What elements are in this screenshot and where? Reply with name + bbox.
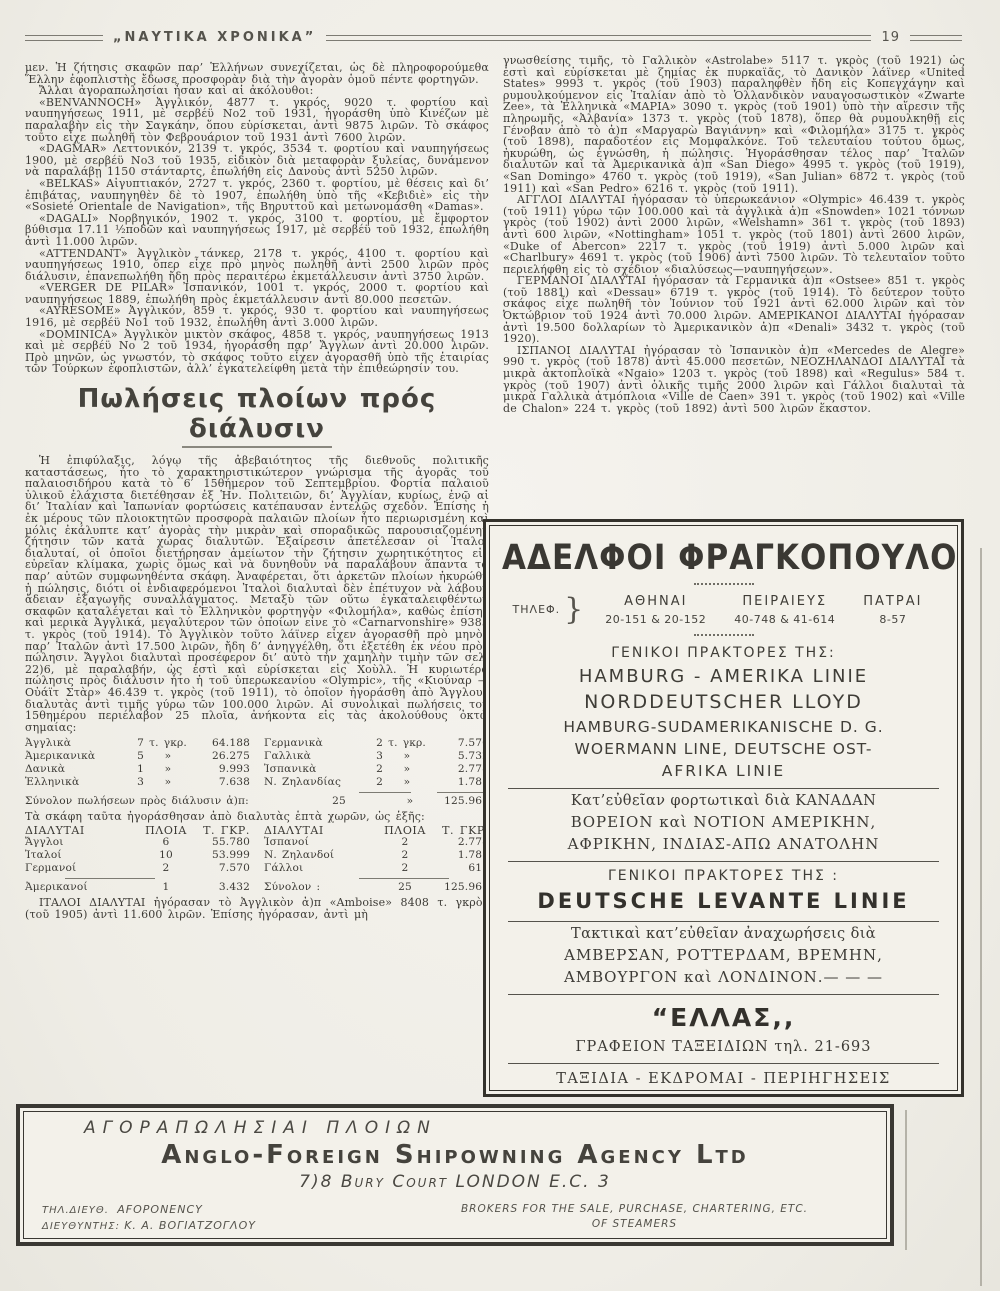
table-row: Ἀγγλικὰ7τ. γκρ.64.188: [25, 737, 250, 750]
hellas-services-line: ΤΑΞΙΔΙΑ - ΕΚΔΡΟΜΑΙ - ΠΕΡΙΗΓΗΣΕΙΣ: [502, 1071, 945, 1087]
shipping-line: NORDDEUTSCHER LLOYD: [502, 691, 945, 713]
ad-footer-left: ΤΗΛ.ΔΙΕΥΘ. AFOPONENCY ΔΙΕΥΘΥΝΤΗΣ: Κ. Α. …: [42, 1200, 256, 1232]
phone-label: ΤΗΛΕΦ.: [513, 603, 561, 616]
agency-name: Anglo-Foreign Shipowning Agency Ltd: [42, 1140, 868, 1170]
masthead: „ΝΑΥΤΙΚΑ ΧΡΟΝΙΚΑ” 19: [25, 30, 962, 45]
agents-heading: ΓΕΝΙΚΟΙ ΠΡΑΚΤΟΡΕΣ ΤΗΣ :: [502, 868, 945, 884]
page-edge-rule: [980, 548, 982, 1286]
section-heading-rule: [182, 446, 332, 448]
ad-footer: ΤΗΛ.ΔΙΕΥΘ. AFOPONENCY ΔΙΕΥΘΥΝΤΗΣ: Κ. Α. …: [42, 1200, 868, 1232]
agency-address: 7)8 Bury Court LONDON E.C. 3: [42, 1172, 868, 1192]
ship-sale-paragraph: «DAGMAR» Λεττονικόν, 2139 τ. γκρός, 3534…: [25, 143, 489, 178]
brace-glyph: }: [564, 592, 583, 627]
table-row: Ἀμερικανικὰ5»26.275: [25, 750, 250, 763]
table-total-rules: [25, 792, 489, 793]
direct-bills-line: ΑΦΡΙΚΗΝ, ΙΝΔΙΑΣ-ΑΠΩ ΑΝΑΤΟΛΗΝ: [502, 835, 945, 853]
right-column: γνωσθείσης τιμῆς, τὸ Γαλλικὸν «Astrolabe…: [503, 55, 965, 517]
table-row: Ἰσπανικὰ2»2.778: [264, 763, 489, 776]
director-value: Κ. Α. ΒΟΓΙΑΤΖΟΓΛΟΥ: [124, 1219, 256, 1232]
breakers-table-header: ΔΙΑΛΥΤΑΙ ΠΛΟΙΑ Τ. ΓΚΡ. ΔΙΑΛΥΤΑΙ ΠΛΟΙΑ Τ.…: [25, 825, 489, 837]
table-row: Γερμανικὰ2τ. γκρ.7.570: [264, 737, 489, 750]
tel-label: ΤΗΛ.ΔΙΕΥΘ.: [42, 1205, 109, 1216]
page-edge-rule: [905, 1110, 907, 1250]
masthead-rule-right: [910, 35, 962, 41]
table-row: Γερμανοί27.570 Γάλλοι2615: [25, 862, 489, 875]
shipping-line: HAMBURG-SUDAMERIKANISCHE D. G.: [502, 718, 945, 736]
hellas-agency-name: “ΕΛΛΑΣ,,: [502, 1003, 945, 1032]
flags-table-right: Γερμανικὰ2τ. γκρ.7.570 Γαλλικὰ3»5.732 Ἰσ…: [264, 737, 489, 789]
departures-line: Τακτικαὶ κατ’εὐθεῖαν ἀναχωρήσεις διὰ: [502, 926, 945, 942]
left-column: μεν. Ἡ ζήτησις σκαφῶν παρ’ Ἑλλήνων συνεχ…: [25, 62, 489, 1092]
table-total-row: Ἀμερικανοί13.432 Σύνολον :25125.961: [25, 881, 489, 894]
masthead-rule-left: [25, 35, 103, 41]
director-label: ΔΙΕΥΘΥΝΤΗΣ:: [42, 1221, 120, 1232]
frangopoulos-ad-inner: ΑΔΕΛΦΟΙ ΦΡΑΓΚΟΠΟΥΛΟΙ ΤΗΛΕΦ. } ΑΘΗΝΑΙ 20-…: [489, 525, 958, 1091]
magazine-page: „ΝΑΥΤΙΚΑ ΧΡΟΝΙΚΑ” 19 μεν. Ἡ ζήτησις σκαφ…: [0, 0, 1000, 1291]
anglo-foreign-ad-inner: ΑΓΟΡΑΠΩΛΗΣΙΑΙ ΠΛΟΙΩΝ Anglo-Foreign Shipo…: [23, 1111, 887, 1239]
masthead-rule-mid: [326, 35, 871, 41]
departures-line: ΑΜΒΟΥΡΓΟΝ καὶ ΛΟΝΔΙΝΟΝ.— — —: [502, 968, 945, 986]
ad-footer-right: BROKERS FOR THE SALE, PURCHASE, CHARTERI…: [461, 1200, 808, 1232]
divider: [508, 1063, 939, 1064]
ship-sale-paragraph: «DAGALI» Νορβηγικόν, 1902 τ. γκρός, 3100…: [25, 213, 489, 248]
flags-table-left: Ἀγγλικὰ7τ. γκρ.64.188 Ἀμερικανικὰ5»26.27…: [25, 737, 250, 789]
shipping-line: DEUTSCHE LEVANTE LINIE: [502, 889, 945, 913]
direct-bills-line: Κατ’εὐθεῖαν φορτωτικαὶ διὰ ΚΑΝΑΔΑΝ: [502, 793, 945, 809]
shipping-line: WOERMANN LINE, DEUTSCHE OST-: [502, 740, 945, 758]
frangopoulos-ad: ΑΔΕΛΦΟΙ ΦΡΑΓΚΟΠΟΥΛΟΙ ΤΗΛΕΦ. } ΑΘΗΝΑΙ 20-…: [483, 519, 964, 1097]
paragraph: μεν. Ἡ ζήτησις σκαφῶν παρ’ Ἑλλήνων συνεχ…: [25, 62, 489, 85]
direct-bills-line: ΒΟΡΕΙΟΝ καὶ ΝΟΤΙΟΝ ΑΜΕΡΙΚΗΝ,: [502, 813, 945, 831]
table-row: Ἄγγλοι655.780 Ἰσπανοί22.778: [25, 836, 489, 849]
ship-sale-paragraph: «VERGER DE PILAR» Ἰσπανικόν, 1001 τ. γκρ…: [25, 282, 489, 305]
breakers-table: ΔΙΑΛΥΤΑΙ ΠΛΟΙΑ Τ. ΓΚΡ. ΔΙΑΛΥΤΑΙ ΠΛΟΙΑ Τ.…: [25, 825, 489, 895]
shipping-line: AFRIKA LINIE: [502, 762, 945, 780]
table-row: Δανικὰ1»9.993: [25, 763, 250, 776]
paragraph: γνωσθείσης τιμῆς, τὸ Γαλλικὸν «Astrolabe…: [503, 55, 965, 194]
ship-sale-paragraph: «BELKAS» Αἰγυπτιακόν, 2727 τ. γκρός, 236…: [25, 178, 489, 213]
divider: [508, 994, 939, 995]
ship-sale-paragraph: «BENVANNOCH» Ἀγγλικόν, 4877 τ. γκρός, 90…: [25, 97, 489, 143]
section-heading: Πωλήσεις πλοίων πρός διάλυσιν: [25, 384, 489, 444]
table-total-row: Σύνολον πωλήσεων πρὸς διάλυσιν ἀ)π: 25 »…: [25, 795, 489, 808]
ship-sale-paragraph: «ATTENDANT» Ἀγγλικὸν τάνκερ, 2178 τ. γκρ…: [25, 248, 489, 283]
paragraph: ΑΓΓΛΟΙ ΔΙΑΛΥΤΑΙ ἠγόρασαν τὸ ὑπερωκεάνιον…: [503, 194, 965, 275]
hellas-office-line: ΓΡΑΦΕΙΟΝ ΤΑΞΕΙΔΙΩΝ τηλ. 21-693: [502, 1039, 945, 1055]
page-number: 19: [881, 30, 900, 45]
branch-piraeus: ΠΕΙΡΑΙΕΥΣ 40-748 & 41-614: [722, 594, 847, 626]
ship-sale-paragraph: «DOMINICA» Ἀγγλικὸν μικτὸν σκάφος, 4858 …: [25, 329, 489, 375]
branch-patras: ΠΑΤΡΑΙ 8-57: [851, 594, 934, 626]
section-body: Ἡ ἐπιφύλαξις, λόγῳ τῆς ἀβεβαιότητος τῆς …: [25, 455, 489, 733]
shipping-line: HAMBURG - AMERIKA LINIE: [502, 666, 945, 687]
table-row: Ἰταλοί1053.999 Ν. Ζηλανδοί21.787: [25, 849, 489, 862]
ad-title: ΑΔΕΛΦΟΙ ΦΡΑΓΚΟΠΟΥΛΟΙ: [502, 538, 945, 578]
paragraph: ΓΕΡΜΑΝΟΙ ΔΙΑΛΥΤΑΙ ἠγόρασαν τὰ Γερμανικὰ …: [503, 275, 965, 345]
divider: [508, 921, 939, 922]
divider: [508, 788, 939, 789]
table-total-rules: [25, 878, 489, 879]
divider: [508, 861, 939, 862]
ad-heading: ΑΓΟΡΑΠΩΛΗΣΙΑΙ ΠΛΟΙΩΝ: [84, 1118, 868, 1138]
table-row: Γαλλικὰ3»5.732: [264, 750, 489, 763]
table-row: Ἑλληνικὰ3»7.638: [25, 776, 250, 789]
tel-value: AFOPONENCY: [117, 1203, 203, 1216]
breakers-intro: Τὰ σκάφη ταῦτα ἠγοράσθησαν ἀπὸ διαλυτὰς …: [25, 811, 489, 823]
divider: [694, 583, 754, 585]
departures-line: ΑΜΒΕΡΣΑΝ, ΡΟΤΤΕΡΔΑΜ, ΒΡΕΜΗΝ,: [502, 946, 945, 964]
closing-paragraph: ΙΤΑΛΟΙ ΔΙΑΛΥΤΑΙ ἠγόρασαν τὸ Ἀγγλικὸν ἀ)π…: [25, 897, 489, 920]
table-row: Ν. Ζηλανδίας2»1.787: [264, 776, 489, 789]
branch-athens: ΑΘΗΝΑΙ 20-151 & 20-152: [593, 594, 718, 626]
flags-table: Ἀγγλικὰ7τ. γκρ.64.188 Ἀμερικανικὰ5»26.27…: [25, 737, 489, 808]
paragraph: ΙΣΠΑΝΟΙ ΔΙΑΛΥΤΑΙ ἠγόρασαν τὸ Ἰσπανικὸν ἀ…: [503, 345, 965, 415]
ship-sale-paragraph: «AYRESOME» Ἀγγλικόν, 859 τ. γκρός, 930 τ…: [25, 305, 489, 328]
agents-heading: ΓΕΝΙΚΟΙ ΠΡΑΚΤΟΡΕΣ ΤΗΣ:: [502, 645, 945, 661]
tagline: OF STEAMERS: [461, 1218, 808, 1230]
tagline: BROKERS FOR THE SALE, PURCHASE, CHARTERI…: [461, 1203, 808, 1215]
magazine-title: „ΝΑΥΤΙΚΑ ΧΡΟΝΙΚΑ”: [113, 30, 316, 45]
anglo-foreign-ad: ΑΓΟΡΑΠΩΛΗΣΙΑΙ ΠΛΟΙΩΝ Anglo-Foreign Shipo…: [16, 1104, 894, 1246]
phone-directory: ΤΗΛΕΦ. } ΑΘΗΝΑΙ 20-151 & 20-152 ΠΕΙΡΑΙΕΥ…: [502, 592, 945, 627]
divider: [694, 634, 754, 636]
